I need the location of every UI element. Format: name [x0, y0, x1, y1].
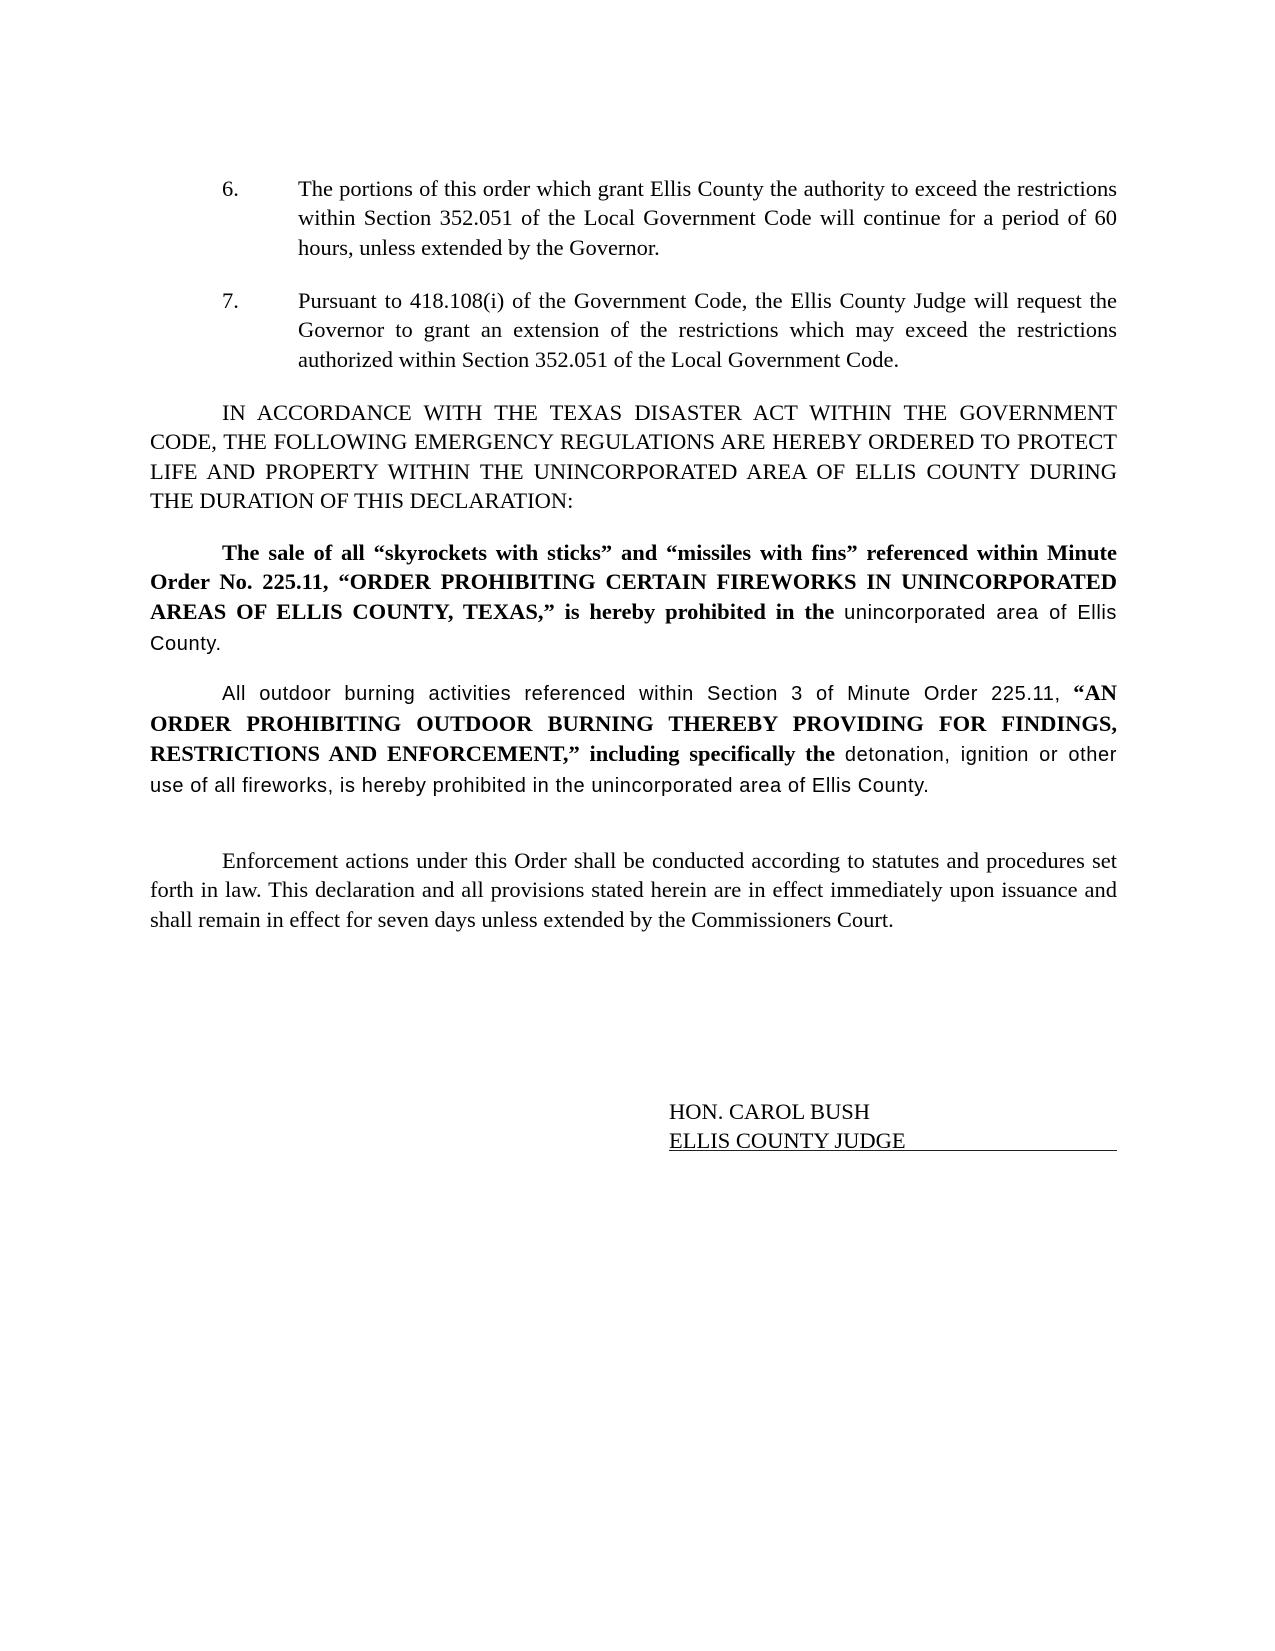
fireworks-sale-paragraph: The sale of all “skyrockets with sticks”…	[150, 538, 1117, 659]
signature-name: HON. CAROL BUSH	[669, 1097, 870, 1126]
item-text: The portions of this order which grant E…	[298, 174, 1117, 262]
accordance-paragraph: IN ACCORDANCE WITH THE TEXAS DISASTER AC…	[150, 398, 1117, 515]
enforcement-text: Enforcement actions under this Order sha…	[150, 848, 1117, 932]
document-page: 6. The portions of this order which gran…	[0, 0, 1275, 1651]
numbered-item-6: 6. The portions of this order which gran…	[222, 174, 1117, 264]
item-number: 7.	[222, 286, 239, 315]
item-text: Pursuant to 418.108(i) of the Government…	[298, 286, 1117, 374]
item-number: 6.	[222, 174, 239, 203]
accordance-text: IN ACCORDANCE WITH THE TEXAS DISASTER AC…	[150, 400, 1117, 513]
numbered-item-7: 7. Pursuant to 418.108(i) of the Governm…	[222, 286, 1117, 376]
signature-title: ELLIS COUNTY JUDGE	[669, 1126, 906, 1155]
enforcement-paragraph: Enforcement actions under this Order sha…	[150, 846, 1117, 934]
burning-plain-start: All outdoor burning activities reference…	[222, 683, 1061, 705]
burning-paragraph: All outdoor burning activities reference…	[150, 678, 1117, 801]
